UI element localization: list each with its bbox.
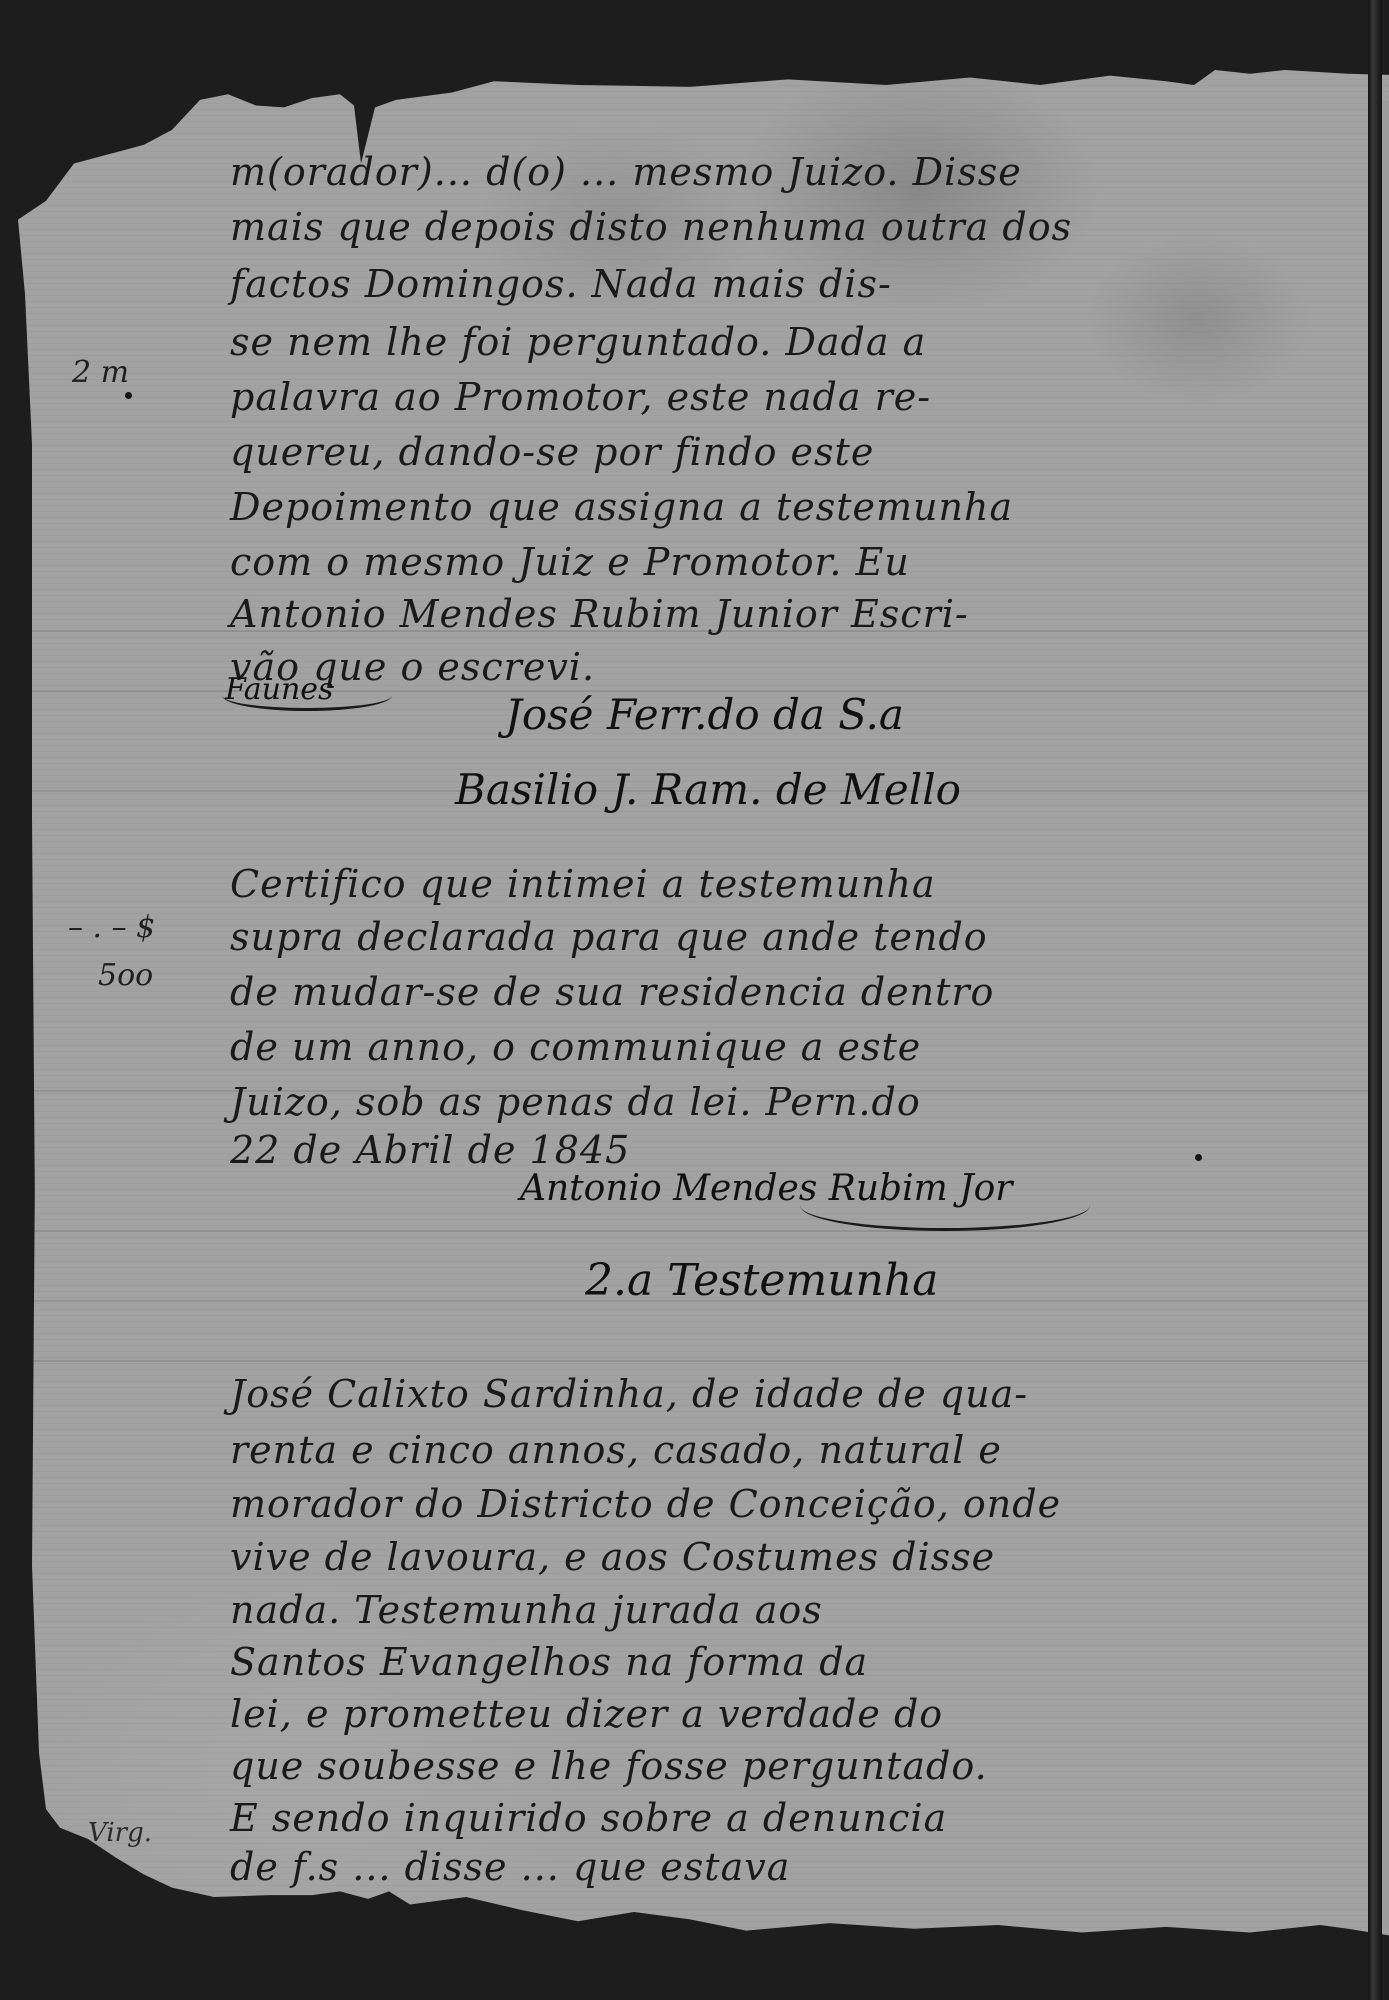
text-line: José Calixto Sardinha, de idade de qua- [230,1372,1028,1416]
text-line: factos Domingos. Nada mais dis- [230,262,892,306]
text-line: quereu, dando-se por findo este [230,430,874,474]
binding-strip [1368,0,1382,2000]
text-line: 22 de Abril de 1845 [230,1128,630,1172]
text-line: m(orador)... d(o) ... mesmo Juizo. Disse [230,150,1022,194]
text-line: palavra ao Promotor, este nada re- [230,375,931,419]
text-line: morador do Districto de Conceição, onde [230,1482,1061,1526]
text-line: que soubesse e lhe fosse perguntado. [230,1744,988,1788]
text-line: E sendo inquirido sobre a denuncia [230,1796,947,1840]
text-line: renta e cinco annos, casado, natural e [230,1428,1002,1472]
text-line: de mudar-se de sua residencia dentro [230,970,994,1014]
text-line: supra declarada para que ande tendo [230,915,988,959]
text-line: Antonio Mendes Rubim Junior Escri- [230,592,969,636]
text-line: vive de lavoura, e aos Costumes disse [230,1535,995,1579]
text-line: de um anno, o communique a este [230,1025,921,1069]
text-line: Santos Evangelhos na forma da [230,1640,868,1684]
text-line: se nem lhe foi perguntado. Dada a [230,320,926,364]
text-line: Juizo, sob as penas da lei. Pern.do [230,1080,921,1124]
text-line: lei, e prometteu dizer a verdade do [230,1692,943,1736]
text-line: Depoimento que assigna a testemunha [230,485,1013,529]
adjacent-page-edge [1382,100,1389,1930]
official-signature: Basilio J. Ram. de Mello [455,765,961,814]
witness-signature: José Ferr.do da S.a [505,690,904,739]
bleed-through-line [18,1360,1389,1362]
text-line: Certifico que intimei a testemunha [230,862,936,906]
ink-dot [125,392,132,399]
text-line: com o mesmo Juiz e Promotor. Eu [230,540,910,584]
margin-note: – . – $ [68,910,155,945]
text-line: mais que depois disto nenhuma outra dos [230,205,1072,249]
signature-flourish [800,1180,1090,1231]
ink-dot [1195,1154,1202,1161]
section-heading: 2.a Testemunha [585,1255,938,1306]
text-line: nada. Testemunha jurada aos [230,1588,823,1632]
text-line: de f.s ... disse ... que estava [230,1845,790,1889]
bleed-through-line [18,1230,1389,1232]
margin-note: Virg. [88,1818,152,1848]
margin-note: 5oo [98,958,153,993]
margin-note: 2 m [72,355,129,390]
rubric-flourish [222,680,392,711]
